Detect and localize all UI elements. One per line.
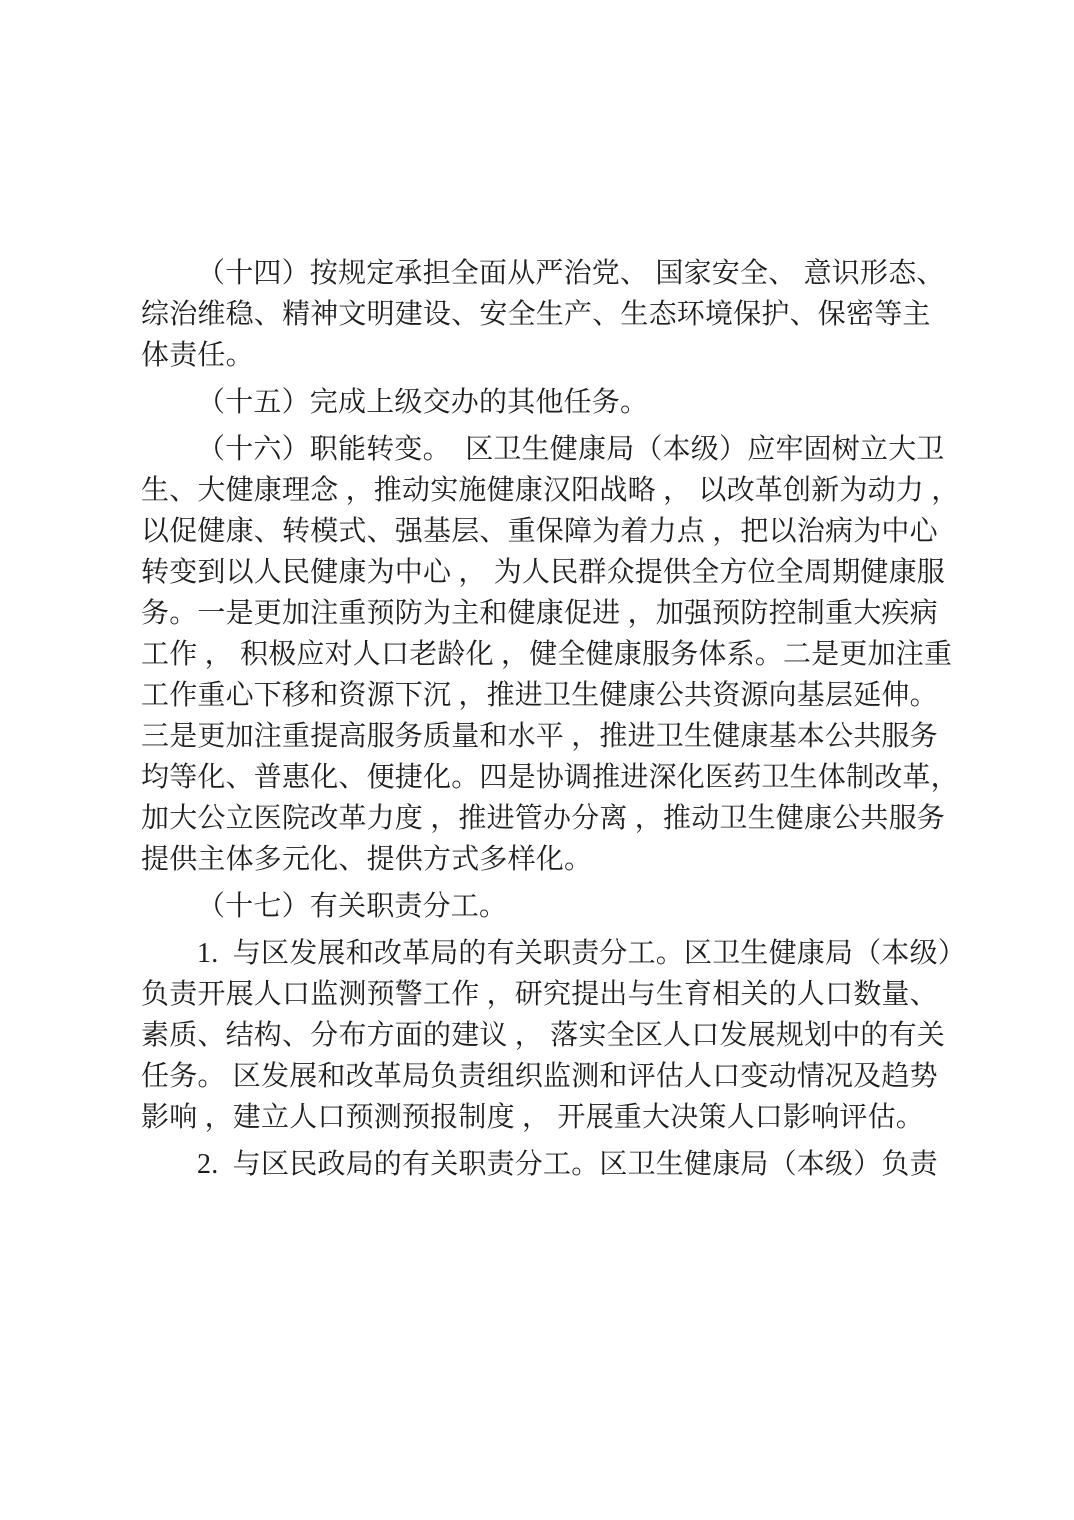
- text-line: （十七）有关职责分工。: [141, 886, 941, 927]
- text-line: （十五）完成上级交办的其他任务。: [141, 382, 941, 423]
- text-line: 生、大健康理念 ，推动实施健康汉阳战略 ， 以改革创新为动力 ，: [141, 470, 941, 511]
- text-line: 2. 与区民政局的有关职责分工。区卫生健康局（本级）负责: [141, 1144, 941, 1185]
- text-line: 均等化、普惠化、便捷化。四是协调推进深化医药卫生体制改革，: [141, 757, 941, 798]
- text-line: 三是更加注重提高服务质量和水平 ，推进卫生健康基本公共服务: [141, 716, 941, 757]
- paragraph-4: （十七）有关职责分工。: [141, 886, 941, 927]
- text-line: 任务。 区发展和改革局负责组织监测和评估人口变动情况及趋势: [141, 1056, 941, 1097]
- paragraph-3: （十六）职能转变。 区卫生健康局（本级）应牢固树立大卫生、大健康理念 ，推动实施…: [141, 429, 941, 880]
- document-page: （十四）按规定承担全面从严治党、 国家安全、 意识形态、综治维稳、精神文明建设、…: [0, 0, 1074, 1520]
- paragraph-1: （十四）按规定承担全面从严治党、 国家安全、 意识形态、综治维稳、精神文明建设、…: [141, 253, 941, 376]
- text-line: 务。一是更加注重预防为主和健康促进 ，加强预防控制重大疾病: [141, 593, 941, 634]
- text-line: 转变到以人民健康为中心 ， 为人民群众提供全方位全周期健康服: [141, 552, 941, 593]
- paragraph-5: 1. 与区发展和改革局的有关职责分工。区卫生健康局（本级）负责开展人口监测预警工…: [141, 933, 941, 1138]
- text-line: 综治维稳、精神文明建设、安全生产、生态环境保护、保密等主: [141, 294, 941, 335]
- text-line: 以促健康、转模式、强基层、重保障为着力点 ，把以治病为中心: [141, 511, 941, 552]
- text-line: 影响 ，建立人口预测预报制度 ， 开展重大决策人口影响评估。: [141, 1097, 941, 1138]
- paragraph-6: 2. 与区民政局的有关职责分工。区卫生健康局（本级）负责: [141, 1144, 941, 1185]
- text-line: 工作 ， 积极应对人口老龄化 ，健全健康服务体系。二是更加注重: [141, 634, 941, 675]
- text-line: （十四）按规定承担全面从严治党、 国家安全、 意识形态、: [141, 253, 941, 294]
- text-line: 素质、结构、分布方面的建议 ， 落实全区人口发展规划中的有关: [141, 1015, 941, 1056]
- text-line: 体责任。: [141, 335, 941, 376]
- document-text-block: （十四）按规定承担全面从严治党、 国家安全、 意识形态、综治维稳、精神文明建设、…: [141, 253, 941, 1185]
- text-line: （十六）职能转变。 区卫生健康局（本级）应牢固树立大卫: [141, 429, 941, 470]
- text-line: 1. 与区发展和改革局的有关职责分工。区卫生健康局（本级）: [141, 933, 941, 974]
- text-line: 提供主体多元化、提供方式多样化。: [141, 839, 941, 880]
- text-line: 工作重心下移和资源下沉 ，推进卫生健康公共资源向基层延伸。: [141, 675, 941, 716]
- paragraph-2: （十五）完成上级交办的其他任务。: [141, 382, 941, 423]
- text-line: 加大公立医院改革力度 ，推进管办分离 ，推动卫生健康公共服务: [141, 798, 941, 839]
- text-line: 负责开展人口监测预警工作 ，研究提出与生育相关的人口数量、: [141, 974, 941, 1015]
